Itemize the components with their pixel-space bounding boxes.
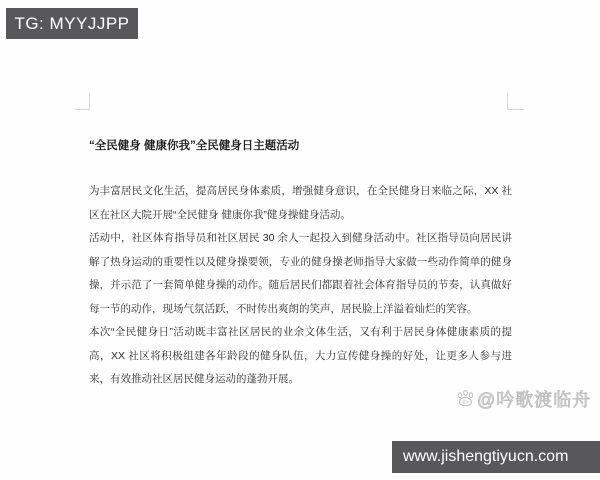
margin-crop-mark-top-right	[507, 93, 524, 110]
document-text-column: “全民健身 健康你我”全民健身日主题活动 为丰富居民文化生活，提高居民身体素质，…	[89, 139, 512, 392]
document-paragraph: 本次“全民健身日”活动既丰富社区居民的业余文体生活，又有利于居民身体健康素质的提…	[89, 321, 512, 392]
telegram-watermark-label: TG: MYYJJPP	[14, 14, 129, 34]
document-paragraph: 活动中，社区体育指导员和社区居民 30 余人一起投入到健身活动中。社区指导员向居…	[89, 227, 512, 321]
document-body: 为丰富居民文化生活，提高居民身体素质，增强健身意识，在全民健身日来临之际，XX …	[89, 180, 512, 392]
document-paragraph: 为丰富居民文化生活，提高居民身体素质，增强健身意识，在全民健身日来临之际，XX …	[89, 180, 512, 227]
author-watermark: du @吟歌渡临舟	[456, 388, 591, 409]
paw-icon-label: du	[462, 400, 468, 406]
website-watermark-label: www.jishengtiyucn.com	[403, 448, 568, 466]
paw-icon: du	[456, 389, 475, 408]
author-watermark-text: @吟歌渡临舟	[477, 386, 591, 412]
telegram-watermark-banner: TG: MYYJJPP	[6, 8, 138, 39]
website-watermark-banner: www.jishengtiyucn.com	[392, 441, 600, 473]
document-page: TG: MYYJJPP “全民健身 健康你我”全民健身日主题活动 为丰富居民文化…	[0, 0, 600, 480]
margin-crop-mark-top-left	[75, 93, 90, 110]
document-title: “全民健身 健康你我”全民健身日主题活动	[89, 139, 512, 153]
